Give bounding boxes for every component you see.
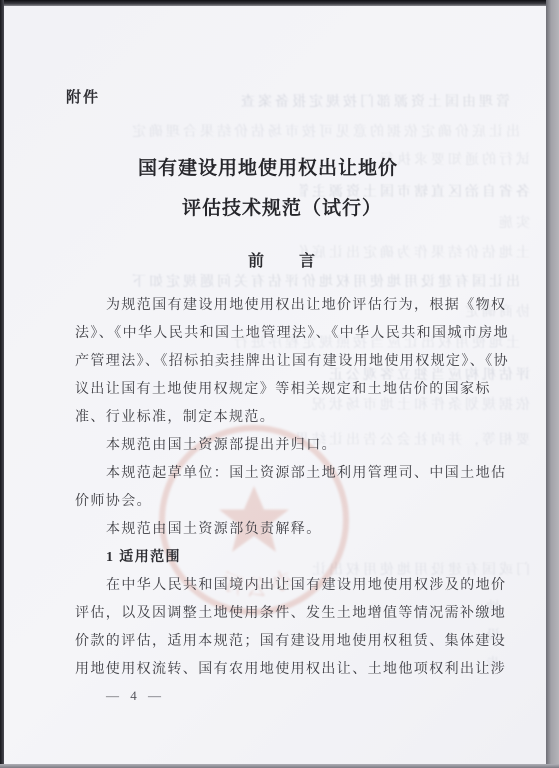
- scan-edge-left: [0, 0, 4, 768]
- paragraph-drafting-units: 本规范起草单位：国土资源部土地利用管理司、中国土地估 价师协会。: [75, 460, 511, 516]
- document-content: 附件 国有建设用地使用权出让地价 评估技术规范（试行） 前 言 为规范国有建设用…: [4, 6, 546, 764]
- paragraph-basis: 为规范国有建设用地使用权出让地价评估行为，根据《物权 法》、《中华人民共和国土地…: [75, 292, 511, 432]
- section-1-heading: 1 适用范围: [75, 544, 511, 572]
- preface-heading: 前 言: [18, 248, 546, 271]
- document-title-line1: 国有建设用地使用权出让地价: [4, 153, 532, 180]
- scan-edge-bottom: [0, 764, 559, 768]
- scan-edge-right: [546, 0, 559, 768]
- scan-edge-top: [0, 0, 559, 6]
- scanned-page: 管理由国土资源部门按规定报备案查 出让底价确定依据的意见可按市场估价结果合理确定…: [0, 0, 559, 768]
- document-body: 为规范国有建设用地使用权出让地价评估行为，根据《物权 法》、《中华人民共和国土地…: [75, 292, 511, 684]
- paper-sheet: 管理由国土资源部门按规定报备案查 出让底价确定依据的意见可按市场估价结果合理确定…: [4, 6, 546, 764]
- attachment-label: 附件: [66, 86, 100, 107]
- page-number: — 4 —: [106, 688, 165, 704]
- document-title-line2: 评估技术规范（试行）: [18, 193, 546, 220]
- paragraph-issuer: 本规范由国土资源部提出并归口。: [75, 432, 511, 460]
- paragraph-scope: 在中华人民共和国境内出让国有建设用地使用权涉及的地价 评估，以及因调整土地使用条…: [75, 572, 511, 684]
- paragraph-interpretation: 本规范由国土资源部负责解释。: [75, 516, 511, 544]
